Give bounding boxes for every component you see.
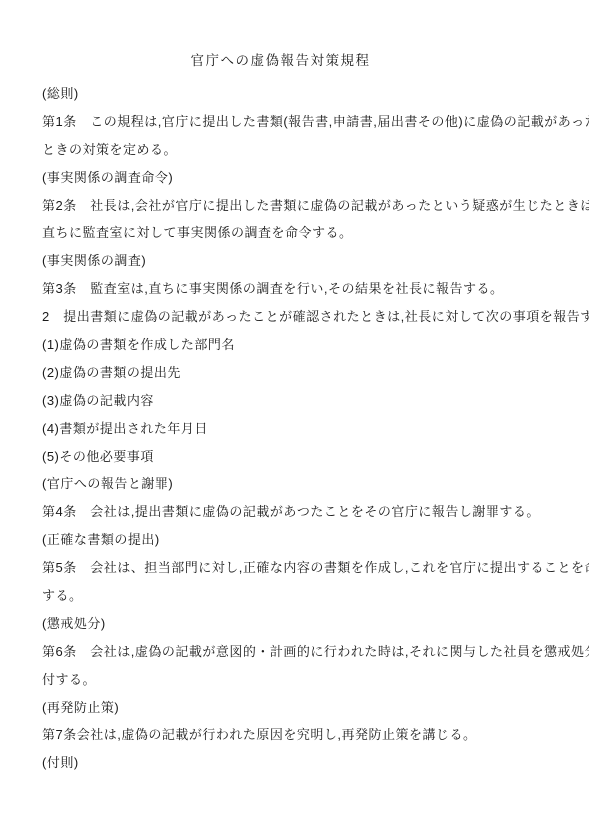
document-line: (1)虚偽の書類を作成した部門名 (42, 337, 549, 365)
document-line: (事実関係の調査) (42, 253, 549, 281)
document-line: 第7条会社は,虚偽の記載が行われた原因を究明し,再発防止策を講じる。 (42, 727, 549, 755)
document-line: (2)虚偽の書類の提出先 (42, 365, 549, 393)
document-line: (5)その他必要事項 (42, 449, 549, 477)
document-line: ときの対策を定める。 (42, 142, 549, 170)
document-line: する。 (42, 588, 549, 616)
document-line: (懲戒処分) (42, 616, 549, 644)
document-line: 第1条 この規程は,官庁に提出した書類(報告書,申請書,届出書その他)に虚偽の記… (42, 114, 549, 142)
document-title: 官庁への虚偽報告対策規程 (42, 0, 519, 69)
document-line: (正確な書類の提出) (42, 532, 549, 560)
document-line: (事実関係の調査命令) (42, 170, 549, 198)
document-line: (総則) (42, 86, 549, 114)
document-line: (4)書類が提出された年月日 (42, 421, 549, 449)
document-line: 第5条 会社は、担当部門に対し,正確な内容の書類を作成し,これを官庁に提出するこ… (42, 560, 549, 588)
document-page: 官庁への虚偽報告対策規程 (総則)第1条 この規程は,官庁に提出した書類(報告書… (0, 0, 589, 826)
document-line: (3)虚偽の記載内容 (42, 393, 549, 421)
document-line: 第6条 会社は,虚偽の記載が意図的・計画的に行われた時は,それに関与した社員を懲… (42, 644, 549, 672)
document-body: (総則)第1条 この規程は,官庁に提出した書類(報告書,申請書,届出書その他)に… (0, 86, 589, 783)
document-line: 第3条 監査室は,直ちに事実関係の調査を行い,その結果を社長に報告する。 (42, 281, 549, 309)
document-line: 2 提出書類に虚偽の記載があったことが確認されたときは,社長に対して次の事項を報… (42, 309, 549, 337)
document-line: 付する。 (42, 672, 549, 700)
document-line: 直ちに監査室に対して事実関係の調査を命令する。 (42, 225, 549, 253)
document-line: (再発防止策) (42, 700, 549, 728)
document-line: (官庁への報告と謝罪) (42, 476, 549, 504)
document-line: 第4条 会社は,提出書類に虚偽の記載があつたことをその官庁に報告し謝罪する。 (42, 504, 549, 532)
document-line: (付則) (42, 755, 549, 783)
document-line: 第2条 社長は,会社が官庁に提出した書類に虚偽の記載があったという疑惑が生じたと… (42, 198, 549, 226)
